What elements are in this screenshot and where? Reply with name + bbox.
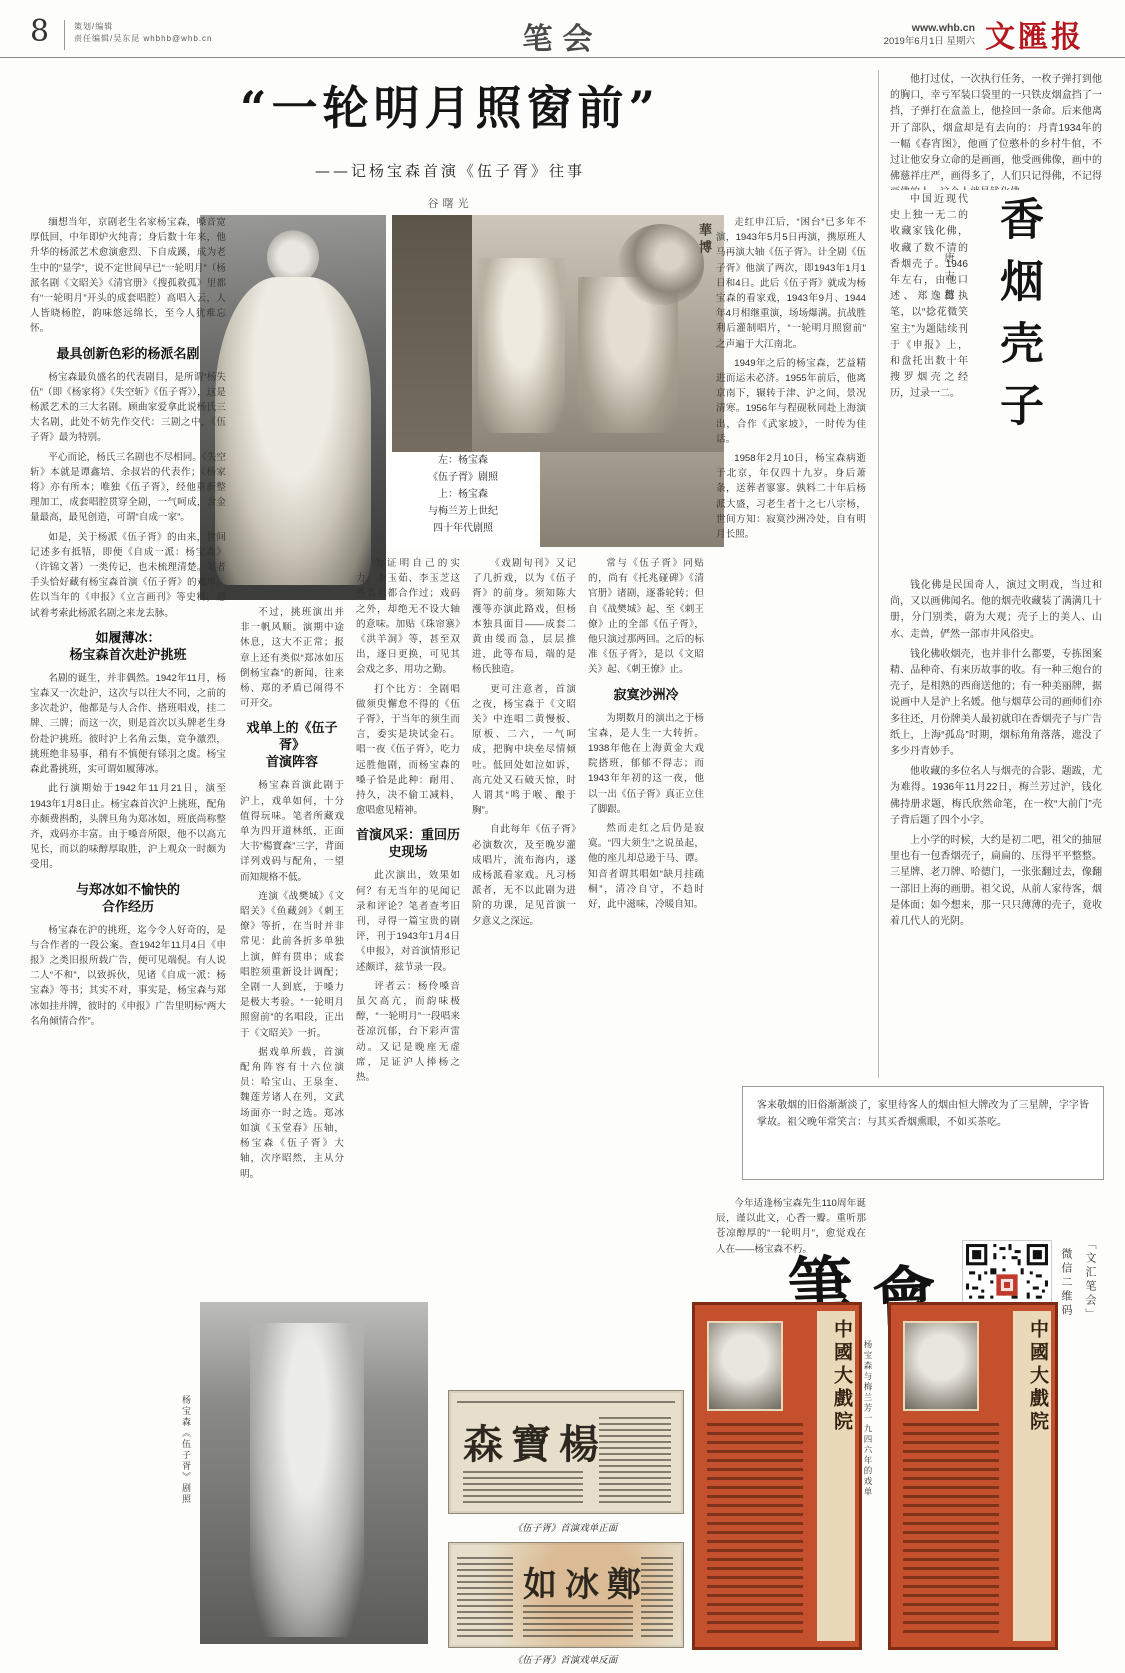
column-divider [878, 70, 879, 1078]
paragraph: 如是，关于杨派《伍子胥》的由来，世间记述多有抵牾，即便《自成一派：杨宝森》（许锦… [30, 530, 226, 621]
paragraph: 1949年之后的杨宝森，艺益精进而运未必济。1955年前后，他离京南下，辗转于津… [716, 356, 866, 447]
poster-text-block [707, 1423, 803, 1633]
playbill-back-caption: 《伍子胥》首演戏单反面 [448, 1652, 682, 1666]
photo-costume-figure-robe [215, 277, 371, 585]
playbill-front-caption: 《伍子胥》首演戏单正面 [448, 1520, 682, 1534]
article-column-1: 缅想当年，京剧老生名家杨宝森，嗓音宽厚低回，中年即炉火纯青；身后数十年来，他升华… [30, 215, 226, 1293]
side-article-title: 香烟壳子 [985, 196, 1049, 568]
paragraph: 名剧的诞生，并非偶然。1942年11月，杨宝森又一次赴沪，这次与以往大不同，之前… [30, 671, 226, 777]
poster-portrait [903, 1321, 979, 1411]
theater-poster-right: 中國大戲院 [888, 1302, 1058, 1650]
paragraph: 缅想当年，京剧老生名家杨宝森，嗓音宽厚低回，中年即炉火纯青；身后数十年来，他升华… [30, 215, 226, 337]
paragraph: 打个比方：全剧唱做须臾懈怠不得的《伍子胥》，于当年的须生而言，委实是块试金石。唱… [356, 682, 460, 819]
poster-theater-name: 中國大戲院 [1013, 1319, 1051, 1434]
paragraph: 此行演期始于1942年11月21日，演至1943年1月8日止。杨宝森首次沪上挑班… [30, 781, 226, 872]
paragraph: 不过，挑班演出并非一帆风顺。演期中途休息，这大不正常；报章上还有类似“郑冰如压倒… [240, 605, 344, 711]
photo-caption-line: 与梅兰芳上世纪 [392, 503, 534, 520]
endbox-text: 客来敬烟的旧俗渐渐淡了，家里待客人的烟由恒大牌改为了三星牌，字字皆掌故。祖父晚年… [757, 1100, 1089, 1128]
paragraph: 评者云：杨伶嗓音虽欠高亢，而韵味极醇，“一轮明月”一段唱来苍凉沉郁，台下彩声雷动… [356, 979, 460, 1085]
poster-portrait [707, 1321, 783, 1411]
paragraph: 然而走红之后仍是寂寞。“四大须生”之说虽起，他的座儿却总逊于马、谭。知音者谓其唱… [588, 821, 704, 912]
qr-label-outer: 「文汇笔会」 [1082, 1238, 1098, 1388]
article-column-5: 常与《伍子胥》同贴的，尚有《托兆碰碑》《清官册》诸剧，逐番轮转；但自《战樊城》起… [588, 556, 704, 1293]
header-rule [0, 57, 1125, 58]
photo-montage: 華博 [392, 215, 724, 452]
paragraph: 为证明自己的实力，李玉茹、李玉芝这些名旦都合作过；戏码之外，却绝无不设大轴的意味… [356, 556, 460, 678]
photo-watermark: 華博 [695, 223, 714, 257]
paragraph: 常与《伍子胥》同贴的，尚有《托兆碰碑》《清官册》诸剧，逐番轮转；但自《战樊城》起… [588, 556, 704, 678]
paragraph: 《戏剧旬刊》又记了几折戏，以为《伍子胥》的前身。须知陈大濩等亦演此路戏，但杨本独… [472, 556, 576, 678]
article-column-6: 走红申江后，“困台”已多年不演，1943年5月5日再演，携原班人马再演大轴《伍子… [716, 215, 866, 1075]
section-heading-4: 戏单上的《伍子胥》 首演阵容 [240, 720, 344, 771]
section-heading-2: 如履薄冰： 杨宝森首次赴沪挑班 [30, 630, 226, 664]
paragraph: 他收藏的多位名人与烟壳的合影、题跋，尤为难得。1936年11月22日，梅兰芳过沪… [890, 764, 1102, 829]
article-column-3: 为证明自己的实力，李玉茹、李玉芝这些名旦都合作过；戏码之外，却绝无不设大轴的意味… [356, 556, 460, 1293]
section-heading-3-line1: 与郑冰如不愉快的 [30, 882, 226, 899]
qr-label-inner: 微信二维码 [1058, 1248, 1074, 1378]
poster-title-strip: 中國大戲院 [817, 1311, 855, 1641]
playbill-front: 森寶楊 [448, 1390, 684, 1514]
masthead-info: www.whb.cn 2019年6月1日 星期六 [830, 22, 975, 48]
bottom-photo-caption: 杨宝森《伍子胥》剧照 [180, 1395, 193, 1595]
paragraph: 为期数月的演出之于杨宝森，是人生一大转折。1938年他在上海黄金大戏院搭班，郁郁… [588, 711, 704, 817]
playbill-text-block [457, 1553, 513, 1637]
side-article-bottom: 钱化佛是民国奇人，演过文明戏，当过和尚，又以画佛闻名。他的烟壳收藏装了满满几十册… [890, 578, 1102, 1076]
theater-poster-left: 中國大戲院 [692, 1302, 862, 1650]
paragraph: 他打过仗，一次执行任务，一枚子弹打到他的胸口，幸亏军装口袋里的一只铁皮烟盒挡了一… [890, 72, 1102, 190]
paragraph: 自此每年《伍子胥》必演数次，及至晚岁灌成唱片，流布海内，遂成杨派看家戏。凡习杨派… [472, 822, 576, 928]
playbill-front-name: 森寶楊 [463, 1413, 607, 1470]
masthead-date: 2019年6月1日 星期六 [830, 35, 975, 48]
main-headline: “一轮明月照窗前” [30, 72, 870, 138]
playbill-text-block [641, 1555, 673, 1637]
playbill-text-block [599, 1415, 671, 1503]
photo-caption: 左：杨宝森 《伍子胥》剧照 上：杨宝森 与梅兰芳上世纪 四十年代剧照 [392, 452, 534, 547]
main-author: 谷曙光 [30, 195, 870, 211]
photo-montage-panel [392, 215, 472, 452]
photo-caption-line: 四十年代剧照 [392, 520, 534, 537]
photo-caption-line: 《伍子胥》剧照 [392, 469, 534, 486]
playbill-text-block [523, 1603, 633, 1637]
playbill-back-name: 如冰鄭 [523, 1557, 649, 1606]
paragraph: 更可注意者，首演之夜，杨宝森于《文昭关》中连唱二黄慢板、原板、二六，一气呵成，把… [472, 682, 576, 819]
paragraph: 杨宝森最负盛名的代表剧目，是所谓“杨失伍”（即《杨家将》《失空斩》《伍子胥》），… [30, 370, 226, 446]
bottom-photo-figure [250, 1323, 364, 1638]
side-article-top: 他打过仗，一次执行任务，一枚子弹打到他的胸口，幸亏军装口袋里的一只铁皮烟盒挡了一… [890, 72, 1102, 190]
section-heading-6: 寂寞沙洲冷 [588, 687, 704, 704]
newspaper-logo: 文匯报 [985, 12, 1084, 56]
section-heading-3: 与郑冰如不愉快的 合作经历 [30, 882, 226, 916]
paragraph: 上小学的时候，大约是初二吧，祖父的抽屉里也有一包香烟壳子，扁扁的、压得平平整整。… [890, 833, 1102, 930]
bottom-photo-opera [200, 1302, 428, 1644]
section-heading-1: 最具创新色彩的杨派名剧 [30, 346, 226, 363]
photo-montage-lower [540, 452, 724, 547]
poster-theater-name: 中國大戲院 [817, 1319, 855, 1434]
side-article-endbox: 客来敬烟的旧俗渐渐淡了，家里待客人的烟由恒大牌改为了三星牌，字字皆掌故。祖父晚年… [742, 1086, 1104, 1180]
side-article-author: 唐吉慧 [942, 252, 957, 382]
paragraph: 1958年2月10日，杨宝森病逝于北京，年仅四十九岁。身后萧条，送葬者寥寥。孰料… [716, 451, 866, 542]
photo-costume [200, 215, 386, 600]
playbill-back: 如冰鄭 [448, 1542, 684, 1648]
photo-montage-peacock [618, 224, 704, 305]
section-heading-3-line2: 合作经历 [30, 899, 226, 916]
section-heading-4-line2: 首演阵容 [240, 754, 344, 771]
paragraph: 平心而论，杨氏三名剧也不尽相同。《失空斩》本就是谭鑫培、余叔岩的代表作；《杨家将… [30, 450, 226, 526]
section-heading-4-line1: 戏单上的《伍子胥》 [240, 720, 344, 754]
photo-caption-line: 左：杨宝森 [392, 452, 534, 469]
photo-montage-figure1 [478, 258, 564, 433]
poster-text-block [903, 1423, 999, 1633]
paragraph: 据戏单所载，首演配角阵容有十六位演员：哈宝山、王泉奎、魏莲芳诸人在列，文武场面亦… [240, 1045, 344, 1182]
main-subtitle: ——记杨宝森首演《伍子胥》往事 [30, 160, 870, 181]
masthead-url: www.whb.cn [830, 22, 975, 35]
photo-caption-line: 上：杨宝森 [392, 486, 534, 503]
poster-title-strip: 中國大戲院 [1013, 1311, 1051, 1641]
posters-caption: 杨宝森与梅兰芳一九四六年的戏单 [862, 1340, 874, 1620]
article-column-2: 不过，挑班演出并非一帆风顺。演期中途休息，这大不正常；报章上还有类似“郑冰如压倒… [240, 605, 344, 1293]
paragraph: 杨宝森在沪的挑班，迄今令人好奇的，是与合作者的一段公案。查1942年11月4日《… [30, 923, 226, 1029]
playbill-text-block [463, 1469, 583, 1503]
paragraph: 走红申江后，“困台”已多年不演，1943年5月5日再演，携原班人马再演大轴《伍子… [716, 215, 866, 352]
paragraph: 此次演出，效果如何？有无当年的见闻记录和评论？笔者查考旧刊，寻得一篇宝贵的剧评，… [356, 868, 460, 974]
section-heading-5: 首演风采：重回历史现场 [356, 827, 460, 861]
playbill-header-lines [457, 1397, 675, 1403]
paragraph: 钱化佛收烟壳，也并非什么都要，专拣图案精、品种奇、有来历故事的收。有一种三炮台的… [890, 647, 1102, 760]
section-heading-2-line2: 杨宝森首次赴沪挑班 [30, 647, 226, 664]
newspaper-page: 8 策划/编辑 责任编辑/吴东昆 whbhb@whb.cn 笔会 www.whb… [0, 0, 1125, 1673]
article-column-4: 《戏剧旬刊》又记了几折戏，以为《伍子胥》的前身。须知陈大濩等亦演此路戏，但杨本独… [472, 556, 576, 1293]
paragraph: 连演《战樊城》《文昭关》《鱼藏剑》《刺王僚》等折，在当时并非常见：此前各折多单独… [240, 889, 344, 1041]
paragraph: 钱化佛是民国奇人，演过文明戏，当过和尚，又以画佛闻名。他的烟壳收藏装了满满几十册… [890, 578, 1102, 643]
section-heading-2-line1: 如履薄冰： [30, 630, 226, 647]
paragraph: 杨宝森首演此剧于沪上，戏单如何，十分值得玩味。笔者所藏戏单为四开道林纸，正面大书… [240, 778, 344, 884]
